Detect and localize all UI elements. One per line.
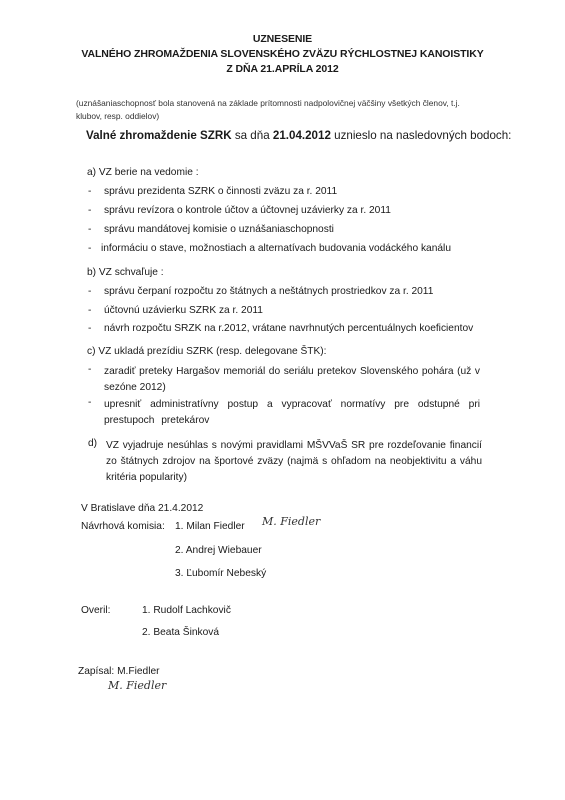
lead-assembly: Valné zhromaždenie SZRK bbox=[86, 129, 232, 142]
bullet: - bbox=[88, 305, 91, 316]
bullet: - bbox=[88, 286, 91, 297]
quorum-note-line2: klubov, resp. oddielov) bbox=[76, 111, 159, 121]
bullet: - bbox=[88, 397, 91, 408]
bullet: - bbox=[88, 224, 91, 235]
list-item: správu revízora o kontrole účtov a účtov… bbox=[104, 205, 391, 216]
document-subtitle: VALNÉHO ZHROMAŽDENIA SLOVENSKÉHO ZVÄZU R… bbox=[0, 48, 565, 60]
document-title: UZNESENIE bbox=[0, 33, 565, 45]
bullet: - bbox=[88, 243, 91, 254]
lead-date: 21.04.2012 bbox=[273, 129, 331, 142]
verified-label: Overil: bbox=[81, 605, 110, 616]
bullet: - bbox=[88, 364, 91, 375]
quorum-note-line1: (uznášaniaschopnosť bola stanovená na zá… bbox=[76, 98, 460, 108]
section-d-label: d) bbox=[88, 438, 97, 449]
bullet: - bbox=[88, 323, 91, 334]
section-b-heading: b) VZ schvaľuje : bbox=[87, 267, 164, 278]
section-d-text: VZ vyjadruje nesúhlas s novými pravidlam… bbox=[106, 438, 482, 486]
list-item: správu čerpaní rozpočtu zo štátnych a ne… bbox=[104, 286, 433, 297]
list-item: správu mandátovej komisie o uznášaniasch… bbox=[104, 224, 334, 235]
list-item: upresniť administratívny postup a vyprac… bbox=[104, 397, 480, 429]
list-item: návrh rozpočtu SRZK na r.2012, vrátane n… bbox=[104, 323, 473, 334]
list-item: účtovnú uzávierku SZRK za r. 2011 bbox=[104, 305, 263, 316]
list-item: zaradiť preteky Hargašov memoriál do ser… bbox=[104, 364, 480, 396]
document-page: UZNESENIE VALNÉHO ZHROMAŽDENIA SLOVENSKÉ… bbox=[0, 0, 565, 800]
place-date: V Bratislave dňa 21.4.2012 bbox=[81, 503, 203, 514]
bullet: - bbox=[88, 205, 91, 216]
section-c-heading: c) VZ ukladá prezídiu SZRK (resp. delego… bbox=[87, 346, 327, 357]
commission-member: 2. Andrej Wiebauer bbox=[175, 545, 262, 556]
document-date-heading: Z DŇA 21.APRÍLA 2012 bbox=[0, 63, 565, 75]
verifier: 1. Rudolf Lachkovič bbox=[142, 605, 231, 616]
signature: M. Fiedler bbox=[108, 679, 166, 692]
commission-member: 1. Milan Fiedler bbox=[175, 521, 245, 532]
lead-text-end: uznieslo na nasledovných bodoch: bbox=[331, 129, 511, 142]
lead-sentence: Valné zhromaždenie SZRK sa dňa 21.04.201… bbox=[86, 129, 511, 142]
list-item: informáciu o stave, možnostiach a altern… bbox=[101, 243, 451, 254]
section-a-heading: a) VZ berie na vedomie : bbox=[87, 167, 199, 178]
commission-member: 3. Ľubomír Nebeský bbox=[175, 568, 266, 579]
bullet: - bbox=[88, 186, 91, 197]
commission-label: Návrhová komisia: bbox=[81, 521, 165, 532]
recorded-by: Zapísal: M.Fiedler bbox=[78, 666, 160, 677]
verifier: 2. Beata Šinková bbox=[142, 627, 219, 638]
signature: M. Fiedler bbox=[262, 515, 320, 528]
list-item: správu prezidenta SZRK o činnosti zväzu … bbox=[104, 186, 337, 197]
lead-text: sa dňa bbox=[232, 129, 273, 142]
